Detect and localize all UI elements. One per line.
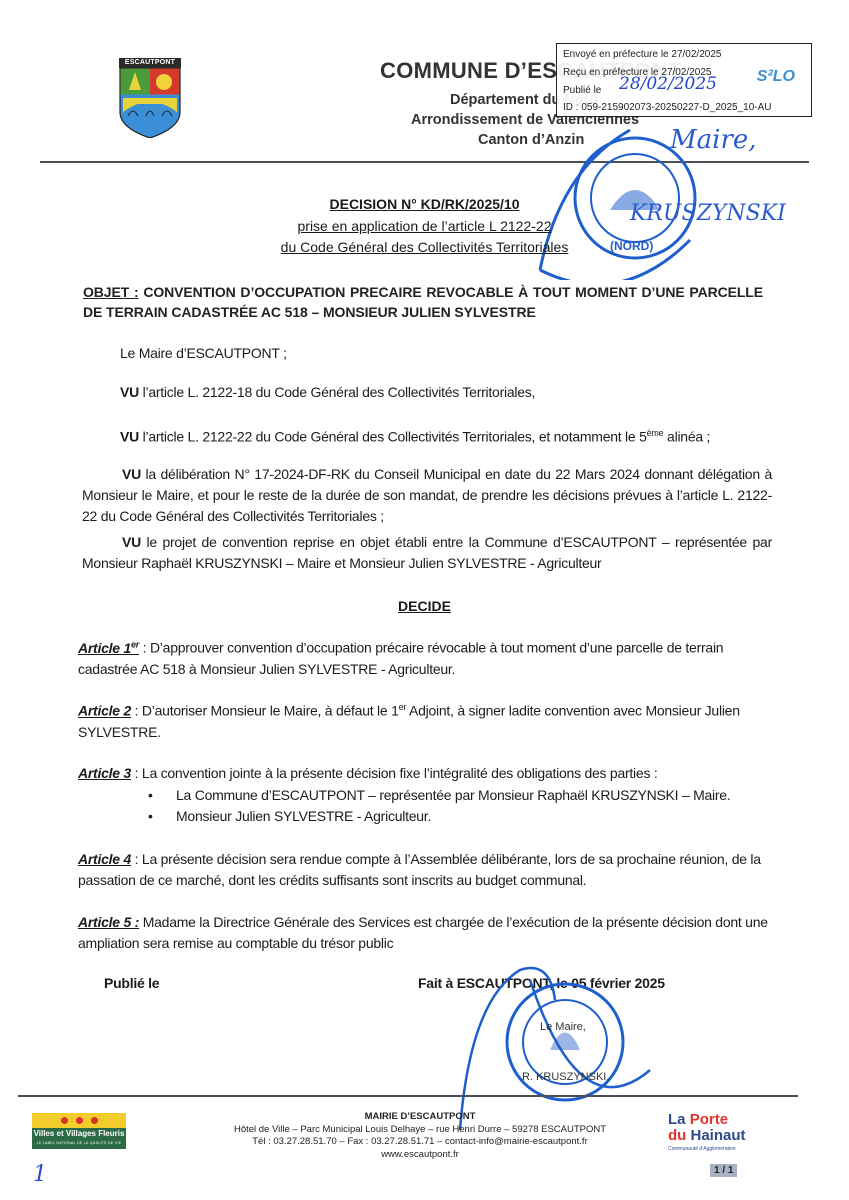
flower-icon [91, 1117, 98, 1124]
objet-text: CONVENTION D’OCCUPATION PRECAIRE REVOCAB… [83, 284, 763, 320]
vu-1: VU l’article L. 2122-18 du Code Général … [120, 382, 770, 403]
prefecture-stamp: Envoyé en préfecture le 27/02/2025 Reçu … [556, 43, 812, 117]
porte-du-hainaut-logo: La Porte du Hainaut Communauté d’Agglomé… [668, 1112, 768, 1152]
s2lo-logo: S²LO [757, 68, 795, 86]
page-indicator: 1 / 1 [710, 1164, 737, 1177]
footer-address-block: MAIRIE D’ESCAUTPONT Hôtel de Ville – Par… [200, 1111, 640, 1161]
article-5: Article 5 : Madame la Directrice Général… [78, 912, 772, 954]
article-2: Article 2 : D’autoriser Monsieur le Mair… [78, 697, 772, 743]
article-3: Article 3 : La convention jointe à la pr… [78, 763, 772, 827]
envoye-prefecture: Envoyé en préfecture le 27/02/2025 [563, 49, 721, 60]
commune-crest-logo: ESCAUTPONT [119, 58, 181, 138]
vu-2: VU l’article L. 2122-22 du Code Général … [120, 423, 780, 448]
vu-3: VU la délibération N° 17-2024-DF-RK du C… [82, 464, 772, 527]
footer-website: www.escautpont.fr [200, 1149, 640, 1162]
article-1: Article 1er : D’approuver convention d’o… [78, 634, 772, 680]
handwritten-page-mark: 1 [33, 1162, 47, 1187]
article-4: Article 4 : La présente décision sera re… [78, 849, 772, 891]
footer-mairie: MAIRIE D’ESCAUTPONT [200, 1111, 640, 1124]
decide-heading: DECIDE [0, 598, 849, 614]
article-3-parties-list: La Commune d’ESCAUTPONT – représentée pa… [148, 785, 772, 827]
svg-text:Le Maire,: Le Maire, [540, 1021, 586, 1033]
decision-subtitle-2: du Code Général des Collectivités Territ… [0, 239, 849, 255]
handwritten-maire: Maire, [669, 125, 757, 155]
flower-icon [61, 1117, 68, 1124]
vu-4: VU le projet de convention reprise en ob… [82, 532, 772, 574]
footer-divider [18, 1095, 798, 1097]
footer-address: Hôtel de Ville – Parc Municipal Louis De… [200, 1124, 640, 1137]
decision-subtitle-1: prise en application de l’article L 2122… [0, 218, 849, 234]
publie-le: Publié le [104, 973, 159, 994]
list-item: Monsieur Julien SYLVESTRE - Agriculteur. [148, 806, 772, 827]
crest-banner: ESCAUTPONT [119, 58, 181, 68]
coat-of-arms-icon [119, 68, 181, 138]
maire-line: Le Maire d’ESCAUTPONT ; [120, 343, 287, 364]
decision-title: DECISION N° KD/RK/2025/10 [0, 196, 849, 212]
villes-villages-fleuris-logo: Villes et Villages FleurisLE LABEL NATIO… [32, 1113, 126, 1149]
objet-block: OBJET : CONVENTION D’OCCUPATION PRECAIRE… [83, 282, 763, 322]
handwritten-publication-date: 28/02/2025 [619, 74, 717, 94]
list-item: La Commune d’ESCAUTPONT – représentée pa… [148, 785, 772, 806]
publie-label: Publié le [563, 85, 601, 96]
flower-icon [76, 1117, 83, 1124]
svg-text:R. KRUSZYNSKI.: R. KRUSZYNSKI. [522, 1071, 609, 1083]
footer-contact: Tél : 03.27.28.51.70 – Fax : 03.27.28.51… [200, 1136, 640, 1149]
objet-label: OBJET : [83, 284, 139, 300]
